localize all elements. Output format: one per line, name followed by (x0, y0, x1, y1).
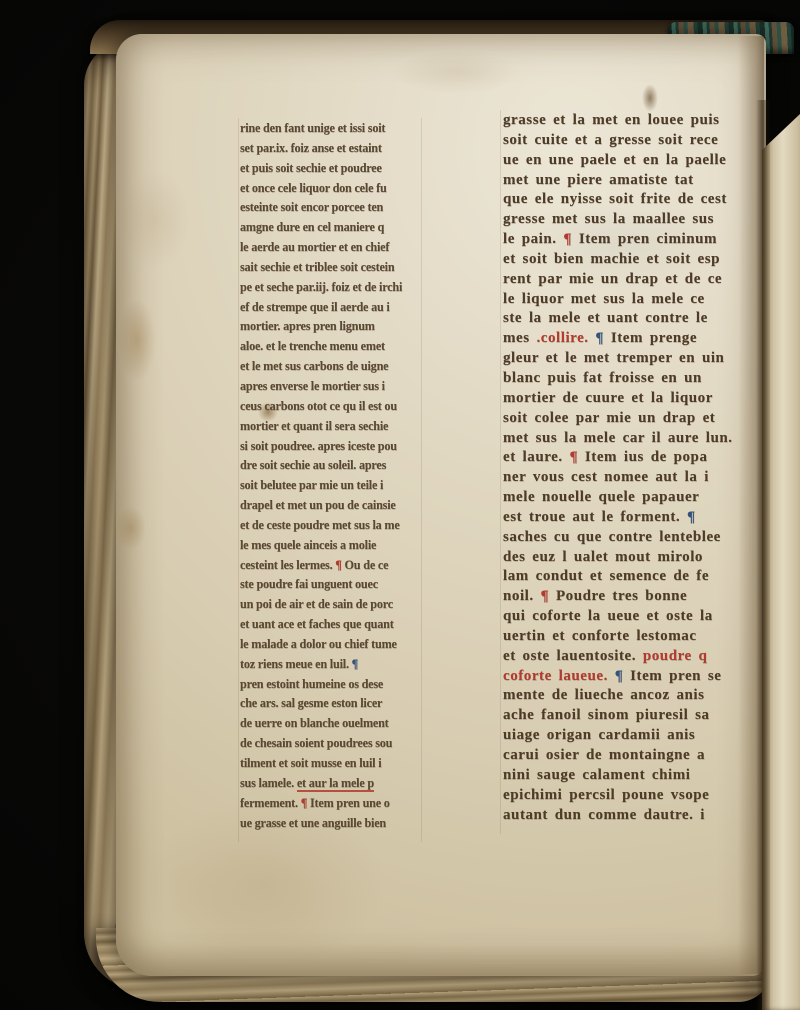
text-segment: si soit poudree. apres iceste pou (240, 439, 397, 453)
text-line: mortier. apres pren lignum (240, 317, 422, 337)
text-segment: pren estoint humeine os dese (240, 677, 383, 691)
text-segment: et le met sus carbons de uigne (240, 359, 388, 373)
text-line: et soit bien machie et soit esp (503, 250, 797, 270)
text-line: esteinte soit encor porcee ten (240, 198, 422, 218)
text-segment: tilment et soit musse en luil i (240, 756, 381, 770)
text-segment: uertin et conforte lestomac (503, 628, 697, 644)
text-line: ner vous cest nomee aut la i (503, 468, 797, 488)
text-segment: et uant ace et faches que quant (240, 617, 394, 631)
text-segment: que ele nyisse soit frite de cest (503, 191, 727, 207)
text-line: le liquor met sus la mele ce (503, 290, 797, 310)
text-segment: mortier de cuure et la liquor (503, 390, 713, 406)
text-line: gresse met sus la maallee sus (503, 210, 797, 230)
text-line: carui osier de montaingne a (503, 746, 797, 766)
text-line: et le met sus carbons de uigne (240, 357, 422, 377)
text-line: ue grasse et une anguille bien (240, 814, 422, 834)
text-segment: Poudre tres bonne (556, 588, 687, 604)
text-line: aloe. et le trenche menu emet (240, 337, 422, 357)
text-segment: ¶ (615, 668, 630, 684)
text-segment: et puis soit sechie et poudree (240, 161, 382, 175)
text-segment: le pain. (503, 231, 563, 247)
text-line: noil. ¶ Poudre tres bonne (503, 587, 797, 607)
text-segment: ¶ (352, 657, 358, 671)
text-line: des euz l ualet mout mirolo (503, 548, 797, 568)
text-line: lam condut et semence de fe (503, 567, 797, 587)
text-line: drapel et met un pou de cainsie (240, 496, 422, 516)
text-segment: dre soit sechie au soleil. apres (240, 458, 386, 472)
text-segment: fermement. (240, 796, 301, 810)
text-segment: che ars. sal gesme eston licer (240, 696, 382, 710)
text-line: met sus la mele car il aure lun. (503, 429, 797, 449)
text-line: che ars. sal gesme eston licer (240, 694, 422, 714)
text-line: et de ceste poudre met sus la me (240, 516, 422, 536)
text-line: et uant ace et faches que quant (240, 615, 422, 635)
text-segment: Ou de ce (345, 558, 389, 572)
text-line: amgne dure en cel maniere q (240, 218, 422, 238)
text-segment: ceus carbons otot ce qu il est ou (240, 399, 397, 413)
text-segment: ste poudre fai unguent ouec (240, 577, 378, 591)
text-line: dre soit sechie au soleil. apres (240, 456, 422, 476)
text-segment: mortier et quant il sera sechie (240, 419, 388, 433)
text-line: et laure. ¶ Item ius de popa (503, 448, 797, 468)
text-segment: Item pren une o (310, 796, 390, 810)
text-column-right: grasse et la met en louee puissoit cuite… (503, 111, 797, 825)
text-line: sus lamele. et aur la mele p (240, 774, 422, 794)
text-segment: ¶ (335, 558, 344, 572)
text-segment: soit belutee par mie un teile i (240, 478, 383, 492)
text-line: tilment et soit musse en luil i (240, 754, 422, 774)
text-segment: nini sauge calament chimi (503, 767, 691, 783)
text-line: est troue aut le forment. ¶ (503, 508, 797, 528)
text-segment: autant dun comme dautre. i (503, 807, 705, 823)
text-segment: blanc puis fat froisse en un (503, 370, 702, 386)
text-segment: mente de liueche ancoz anis (503, 687, 705, 703)
text-segment: ue en une paele et en la paelle (503, 152, 726, 168)
text-line: apres enverse le mortier sus i (240, 377, 422, 397)
text-segment: mele nouelle quele papauer (503, 489, 699, 505)
text-line: grasse et la met en louee puis (503, 111, 797, 131)
text-segment: mortier. apres pren lignum (240, 319, 375, 333)
text-segment: ¶ (301, 796, 310, 810)
text-segment: grasse et la met en louee puis (503, 112, 719, 128)
text-line: ache fanoil sinom piuresil sa (503, 706, 797, 726)
text-line: mortier et quant il sera sechie (240, 417, 422, 437)
text-segment: sait sechie et triblee soit cestein (240, 260, 394, 274)
text-line: ste la mele et uant contre le (503, 309, 797, 329)
text-line: si soit poudree. apres iceste pou (240, 437, 422, 457)
text-segment: cesteint les lermes. (240, 558, 335, 572)
text-line: blanc puis fat froisse en un (503, 369, 797, 389)
text-segment: Item ius de popa (585, 449, 708, 465)
text-line: de uerre on blanche ouelment (240, 714, 422, 734)
text-line: sait sechie et triblee soit cestein (240, 258, 422, 278)
text-segment: aloe. et le trenche menu emet (240, 339, 385, 353)
text-line: saches cu que contre lenteblee (503, 528, 797, 548)
text-segment: pe et seche par.iij. foiz et de irchi (240, 280, 402, 294)
text-segment: esteinte soit encor porcee ten (240, 200, 383, 214)
text-segment: de chesain soient poudrees sou (240, 736, 392, 750)
text-segment: et soit bien machie et soit esp (503, 251, 720, 267)
text-line: ste poudre fai unguent ouec (240, 575, 422, 595)
text-segment: et laure. (503, 449, 569, 465)
text-segment: carui osier de montaingne a (503, 747, 705, 763)
text-line: ef de strempe que il aerde au i (240, 298, 422, 318)
text-segment: mes (503, 330, 536, 346)
text-segment: met une piere amatiste tat (503, 172, 694, 188)
text-line: mes .collire. ¶ Item prenge (503, 329, 797, 349)
text-segment: Item prenge (611, 330, 697, 346)
manuscript-photo: { "page": { "colors": { "backdrop": "#07… (0, 0, 800, 1010)
text-line: un poi de air et de sain de porc (240, 595, 422, 615)
text-segment: met sus la mele car il aure lun. (503, 430, 733, 446)
text-segment: sus lamele. (240, 776, 297, 790)
text-segment: qui coforte la ueue et oste la (503, 608, 713, 624)
text-line: soit colee par mie un drap et (503, 409, 797, 429)
text-line: epichimi percsil poune vsope (503, 786, 797, 806)
text-segment: le aerde au mortier et en chief (240, 240, 389, 254)
text-line: le pain. ¶ Item pren ciminum (503, 230, 797, 250)
text-segment: saches cu que contre lenteblee (503, 529, 721, 545)
text-line: ue en une paele et en la paelle (503, 151, 797, 171)
text-line: mente de liueche ancoz anis (503, 686, 797, 706)
text-line: et oste lauentosite. poudre q (503, 647, 797, 667)
text-line: le aerde au mortier et en chief (240, 238, 422, 258)
text-line: ceus carbons otot ce qu il est ou (240, 397, 422, 417)
text-line: cesteint les lermes. ¶ Ou de ce (240, 556, 422, 576)
text-segment: Item pren se (630, 668, 721, 684)
text-segment: ¶ (595, 330, 610, 346)
text-segment: set par.ix. foiz anse et estaint (240, 141, 382, 155)
text-line: uiage origan cardamii anis (503, 726, 797, 746)
text-segment: uiage origan cardamii anis (503, 727, 695, 743)
text-segment: ner vous cest nomee aut la i (503, 469, 709, 485)
text-line: met une piere amatiste tat (503, 171, 797, 191)
text-line: toz riens meue en luil. ¶ (240, 655, 422, 675)
text-segment: des euz l ualet mout mirolo (503, 549, 703, 565)
text-segment: apres enverse le mortier sus i (240, 379, 385, 393)
text-segment: toz riens meue en luil. (240, 657, 352, 671)
text-segment: amgne dure en cel maniere q (240, 220, 384, 234)
text-segment: ache fanoil sinom piuresil sa (503, 707, 710, 723)
text-line: rent par mie un drap et de ce (503, 270, 797, 290)
text-line: mortier de cuure et la liquor (503, 389, 797, 409)
text-line: et puis soit sechie et poudree (240, 159, 422, 179)
text-segment: drapel et met un pou de cainsie (240, 498, 396, 512)
text-segment: ef de strempe que il aerde au i (240, 300, 390, 314)
text-segment: .collire. (536, 330, 595, 346)
text-segment: un poi de air et de sain de porc (240, 597, 393, 611)
text-column-left: rine den fant unige et issi soitset par.… (240, 119, 422, 833)
text-segment: epichimi percsil poune vsope (503, 787, 709, 803)
ruling-line (500, 110, 501, 834)
text-line: le malade a dolor ou chief tume (240, 635, 422, 655)
text-line: gleur et le met tremper en uin (503, 349, 797, 369)
text-line: autant dun comme dautre. i (503, 806, 797, 826)
text-segment: ¶ (563, 231, 578, 247)
text-line: fermement. ¶ Item pren une o (240, 794, 422, 814)
text-segment: rent par mie un drap et de ce (503, 271, 722, 287)
text-segment: et de ceste poudre met sus la me (240, 518, 400, 532)
text-line: rine den fant unige et issi soit (240, 119, 422, 139)
text-line: et once cele liquor don cele fu (240, 179, 422, 199)
text-line: nini sauge calament chimi (503, 766, 797, 786)
text-segment: noil. (503, 588, 540, 604)
text-line: qui coforte la ueue et oste la (503, 607, 797, 627)
text-line: uertin et conforte lestomac (503, 627, 797, 647)
ruling-line (238, 118, 239, 842)
text-segment: le malade a dolor ou chief tume (240, 637, 397, 651)
text-segment: lam condut et semence de fe (503, 568, 709, 584)
text-segment: est troue aut le forment. (503, 509, 687, 525)
text-line: soit cuite et a gresse soit rece (503, 131, 797, 151)
text-segment: ue grasse et une anguille bien (240, 816, 386, 830)
text-segment: gleur et le met tremper en uin (503, 350, 724, 366)
text-segment: et once cele liquor don cele fu (240, 181, 387, 195)
text-segment: ¶ (569, 449, 584, 465)
text-segment: poudre q (643, 648, 708, 664)
text-segment: gresse met sus la maallee sus (503, 211, 714, 227)
text-segment: et aur la mele p (297, 776, 374, 792)
text-line: que ele nyisse soit frite de cest (503, 190, 797, 210)
text-segment: le liquor met sus la mele ce (503, 291, 705, 307)
text-segment: rine den fant unige et issi soit (240, 121, 385, 135)
text-line: mele nouelle quele papauer (503, 488, 797, 508)
text-segment: coforte laueue. (503, 668, 615, 684)
text-line: pe et seche par.iij. foiz et de irchi (240, 278, 422, 298)
text-segment: de uerre on blanche ouelment (240, 716, 389, 730)
text-segment: soit colee par mie un drap et (503, 410, 715, 426)
text-segment: soit cuite et a gresse soit rece (503, 132, 718, 148)
text-segment: le mes quele ainceis a molie (240, 538, 376, 552)
text-line: soit belutee par mie un teile i (240, 476, 422, 496)
text-segment: Item pren ciminum (579, 231, 717, 247)
text-line: le mes quele ainceis a molie (240, 536, 422, 556)
text-segment: ste la mele et uant contre le (503, 310, 708, 326)
text-segment: ¶ (540, 588, 555, 604)
text-line: pren estoint humeine os dese (240, 675, 422, 695)
text-segment: et oste lauentosite. (503, 648, 643, 664)
text-line: coforte laueue. ¶ Item pren se (503, 667, 797, 687)
text-segment: ¶ (687, 509, 696, 525)
text-line: set par.ix. foiz anse et estaint (240, 139, 422, 159)
text-line: de chesain soient poudrees sou (240, 734, 422, 754)
